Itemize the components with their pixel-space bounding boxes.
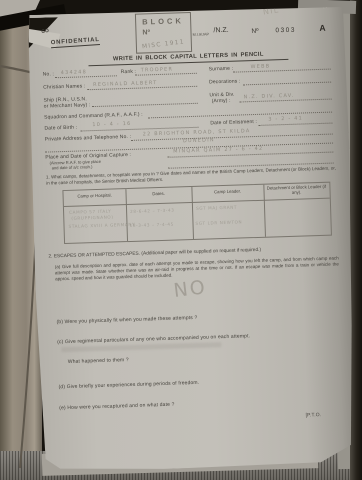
decorations-line (243, 74, 331, 86)
confidential-fragment: CO (41, 28, 49, 35)
no-label: No. : (43, 72, 54, 78)
surname-label: Surname : (209, 67, 234, 73)
questionnaire-page: CO ONFIDENTIAL BLOCK Nº MISC 1911 M.I.9/… (27, 5, 359, 473)
section2-question-b: (b) Were you physically fit when you mad… (56, 316, 197, 326)
serial-number: 0303 (275, 27, 296, 35)
enlistment-label: Date of Enlistment : (210, 120, 257, 127)
rank-value: TROOPER (141, 67, 174, 74)
date-of-birth-value: 10 - 4 - 16 (92, 121, 131, 128)
col-header-camp: Camp or Hospital. (63, 189, 125, 206)
no-value: 434248 (61, 69, 87, 76)
table-row1-camp-line2: (GRUPPIGNANO) (71, 214, 113, 220)
section2-question-c2: What happened to them ? (68, 358, 129, 366)
christian-names-label: Christian Names : (43, 84, 85, 91)
block-number-pencil-entry: MISC 1911 (142, 38, 185, 50)
surname-value: WEBB (251, 63, 271, 70)
capture-sublabel-2: and date of a/c crash.) (52, 165, 93, 171)
block-stamp-no: Nº (142, 29, 150, 36)
form-reference-nz: /N.Z. (213, 27, 228, 34)
surname-line (233, 61, 331, 73)
pto-note: [P.T.O. (306, 413, 322, 419)
date-of-birth-label: Date of Birth : (44, 126, 77, 133)
block-number-stamp-box: BLOCK Nº MISC 1911 (135, 12, 192, 54)
section2-question-d: (d) Give briefly your experiences during… (59, 381, 200, 391)
answer-no-pencil: NO (172, 276, 208, 302)
camps-table: Camp or Hospital. Dates. Camp Leader. De… (62, 182, 332, 244)
col-header-dates: Dates. (125, 187, 191, 204)
enlistment-value: 3 - 2 - 41 (268, 115, 303, 122)
table-row2-camp: STALAG XVIII A GERMANY (68, 222, 135, 229)
table-row1-leader: SGT MAJ GRANT (196, 205, 237, 211)
section2-question-e: (e) How were you recaptured and on what … (59, 403, 174, 412)
nil-pencil-note: NIL (262, 5, 280, 16)
series-letter: A (319, 23, 325, 33)
photo-of-document: CO ONFIDENTIAL BLOCK Nº MISC 1911 M.I.9/… (0, 0, 362, 480)
table-row2-dates: 18-3-43 – 7-4-45 (129, 222, 174, 228)
table-row2-leader: SGT LDR NEWTON (195, 219, 242, 225)
address-value-line2: DUNEDIN (183, 137, 215, 144)
serial-no-label: Nº (251, 28, 258, 35)
form-reference-small: M.I.9/JAP (193, 32, 210, 37)
col-header-camp-leader: Camp Leader. (191, 185, 263, 202)
ship-label-line2: or Merchant Navy) : (44, 103, 91, 110)
block-stamp-word: BLOCK (142, 16, 184, 26)
table-row1-dates: 28-6-42 – 7-3-43 (130, 208, 175, 214)
photo-edge-right (350, 0, 362, 480)
col-header-block-leader: Detachment or Block Leader (if any). (263, 183, 329, 200)
decorations-label: Decorations : (209, 79, 241, 86)
unit-div-label-line2: (Army) : (212, 99, 231, 105)
ship-line (92, 95, 198, 107)
squadron-label: Squadron and Command (R.A.F., A.A.F.) : (44, 113, 143, 122)
